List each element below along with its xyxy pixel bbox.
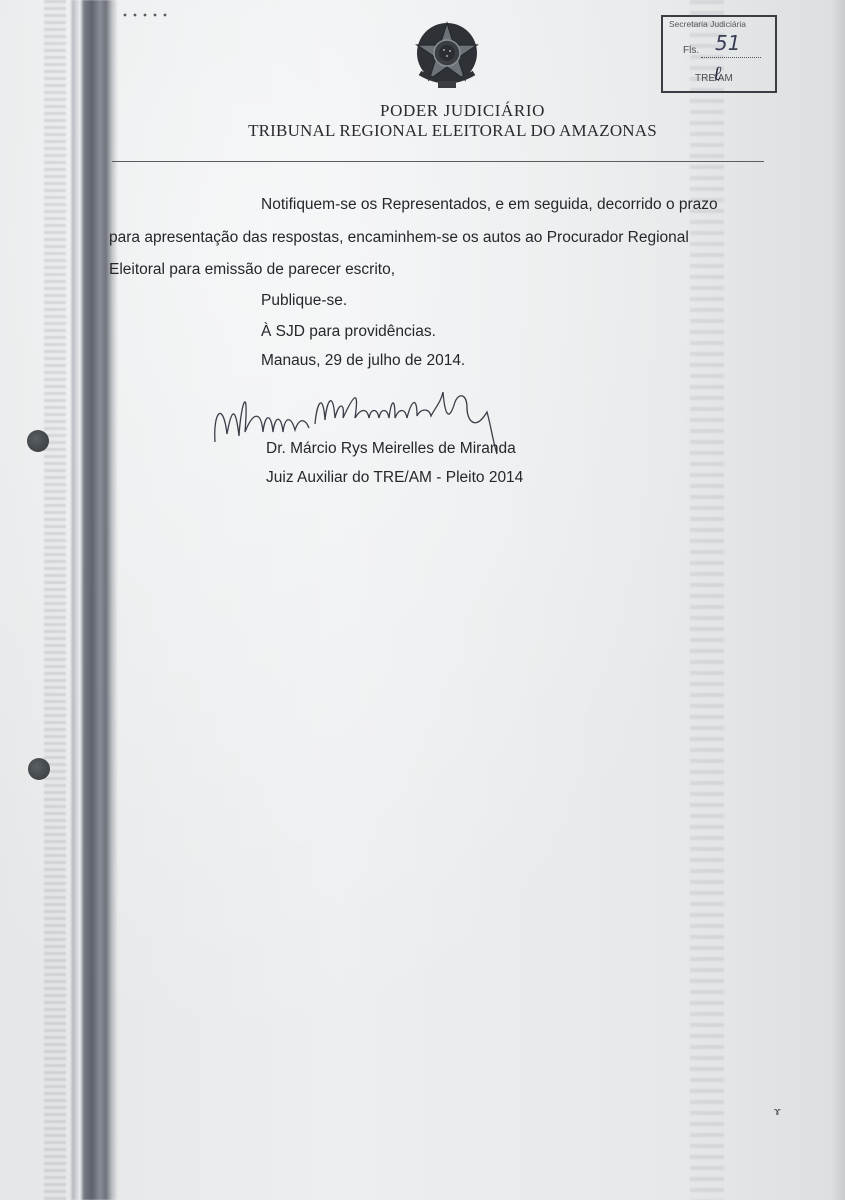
stray-mark: ɤ bbox=[774, 1106, 781, 1118]
header-title: PODER JUDICIÁRIO bbox=[0, 101, 845, 121]
header-divider bbox=[112, 161, 764, 162]
page-edge-shadow bbox=[831, 0, 845, 1200]
photocopy-shadow-left bbox=[44, 0, 66, 1200]
brazil-coat-of-arms-icon bbox=[410, 17, 484, 93]
stray-dots bbox=[120, 12, 170, 18]
header-subtitle: TRIBUNAL REGIONAL ELEITORAL DO AMAZONAS bbox=[0, 121, 845, 141]
punch-hole bbox=[27, 430, 49, 452]
paragraph-line: Notifiquem-se os Representados, e em seg… bbox=[261, 196, 718, 214]
stamp-page-label: Fls. bbox=[683, 45, 699, 56]
sjd-line: À SJD para providências. bbox=[261, 323, 436, 341]
photocopy-streak-right bbox=[690, 0, 724, 1200]
stamp-title: Secretaria Judiciária bbox=[669, 19, 746, 29]
photocopy-binding-shadow bbox=[70, 0, 118, 1200]
paragraph-line: para apresentação das respostas, encamin… bbox=[109, 229, 689, 247]
punch-hole bbox=[28, 758, 50, 780]
document-page: PODER JUDICIÁRIO TRIBUNAL REGIONAL ELEIT… bbox=[0, 0, 845, 1200]
paragraph-line: Eleitoral para emissão de parecer escrit… bbox=[109, 261, 395, 279]
signer-name: Dr. Márcio Rys Meirelles de Miranda bbox=[266, 440, 516, 458]
stamp-page-line bbox=[701, 57, 761, 58]
stamp-initial: ℓ bbox=[713, 61, 721, 86]
page-number-stamp: Secretaria Judiciária Fls. 51 TRE/AM ℓ bbox=[661, 15, 777, 93]
stamp-page-number: 51 bbox=[715, 31, 740, 55]
publique-line: Publique-se. bbox=[261, 292, 347, 310]
date-line: Manaus, 29 de julho de 2014. bbox=[261, 352, 465, 370]
signer-role: Juiz Auxiliar do TRE/AM - Pleito 2014 bbox=[266, 469, 523, 487]
